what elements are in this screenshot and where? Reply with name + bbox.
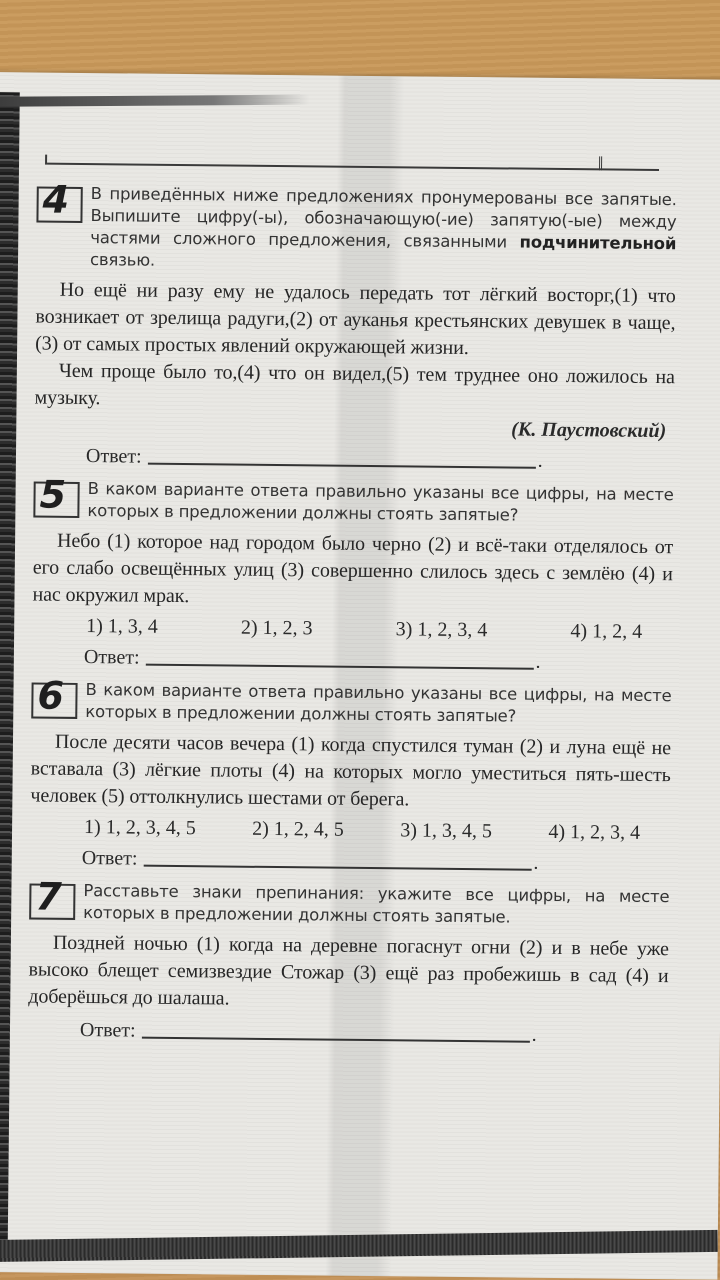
instruction-text-end: связью. [90,250,155,270]
task-number-box: 6 [31,682,77,718]
task-7: 7 Расставьте знаки препинания: укажите в… [28,879,670,1048]
answer-blank-line[interactable] [145,664,533,670]
scan-edge-top [0,95,310,107]
header-rule [47,163,659,171]
answer-label: Ответ: [82,847,138,871]
task-sentence: Но ещё ни разу ему не удалось передать т… [35,276,676,364]
answer-field[interactable]: Ответ: . [82,847,670,876]
task-6: 6 В каком варианте ответа правильно указ… [30,678,672,876]
task-5: 5 В каком варианте ответа правильно указ… [32,477,674,675]
option-3[interactable]: 3) 1, 3, 4, 5 [400,819,492,843]
task-5-header: 5 В каком варианте ответа правильно указ… [33,477,673,528]
answer-field[interactable]: Ответ: . [86,445,674,474]
option-3[interactable]: 3) 1, 2, 3, 4 [396,618,488,642]
answer-options: 1) 1, 3, 4 2) 1, 2, 3 3) 1, 2, 3, 4 4) 1… [86,615,642,644]
handwritten-number: 7 [35,878,62,916]
task-sentence: Чем проще было то,(4) что он видел,(5) т… [34,357,675,418]
task-number-box: 5 [33,481,79,517]
answer-options: 1) 1, 2, 3, 4, 5 2) 1, 2, 4, 5 3) 1, 3, … [84,816,640,845]
task-4: 4 В приведённых ниже предложениях пронум… [34,182,677,474]
task-number-box: 4 [36,186,82,222]
scan-edge-bottom [0,1230,718,1262]
option-4[interactable]: 4) 1, 2, 4 [570,620,642,644]
worksheet-page: 4 В приведённых ниже предложениях пронум… [0,72,720,1280]
task-instruction: Расставьте знаки препинания: укажите все… [83,880,669,930]
handwritten-number: 6 [37,677,64,715]
scan-edge-left [0,92,20,1252]
task-instruction: В каком варианте ответа правильно указан… [87,478,673,528]
answer-label: Ответ: [84,646,140,670]
answer-label: Ответ: [86,445,142,469]
option-2[interactable]: 2) 1, 2, 4, 5 [252,818,344,842]
author-attribution: (К. Паустовский) [34,413,674,443]
task-6-header: 6 В каком варианте ответа правильно указ… [31,678,671,729]
option-1[interactable]: 1) 1, 3, 4 [86,615,158,639]
handwritten-number: 4 [42,181,69,219]
task-number-box: 7 [29,883,75,919]
option-1[interactable]: 1) 1, 2, 3, 4, 5 [84,816,196,840]
answer-blank-line[interactable] [143,865,531,871]
answer-blank-line[interactable] [148,463,536,469]
answer-blank-line[interactable] [142,1037,530,1043]
answer-field[interactable]: Ответ: . [84,646,672,675]
task-4-header: 4 В приведённых ниже предложениях пронум… [36,182,677,277]
task-instruction: В каком варианте ответа правильно указан… [85,679,671,729]
worksheet-content: 4 В приведённых ниже предложениях пронум… [28,182,677,1058]
answer-field[interactable]: Ответ: . [80,1019,668,1048]
option-4[interactable]: 4) 1, 2, 3, 4 [548,821,640,845]
task-instruction: В приведённых ниже предложениях пронумер… [90,183,677,277]
task-sentence: После десяти часов вечера (1) когда спус… [30,728,671,816]
task-7-header: 7 Расставьте знаки препинания: укажите в… [29,879,669,930]
task-sentence: Небо (1) которое над городом было черно … [32,527,673,615]
answer-label: Ответ: [80,1019,136,1043]
option-2[interactable]: 2) 1, 2, 3 [241,617,313,641]
task-sentence: Поздней ночью (1) когда на деревне погас… [28,929,669,1017]
instruction-emphasis: подчинительной [519,233,676,254]
handwritten-number: 5 [39,476,66,514]
